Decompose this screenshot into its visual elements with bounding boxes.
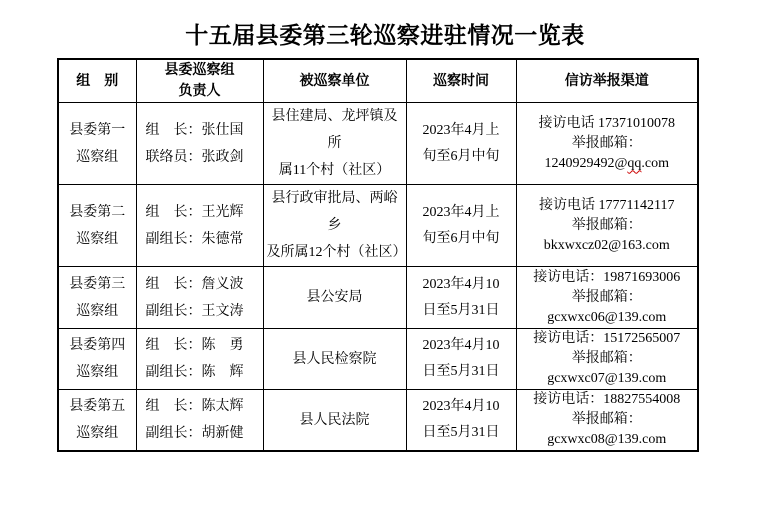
header-contact: 信访举报渠道 <box>516 59 698 103</box>
unit-cell: 县住建局、龙坪镇及所 属11个村（社区） <box>263 103 406 185</box>
page-title: 十五届县委第三轮巡察进驻情况一览表 <box>0 17 770 50</box>
time-cell: 2023年4月上 旬至6月中旬 <box>406 185 516 267</box>
table-row: 县委第一 巡察组 组 长：张仕国 联络员：张政剑 县住建局、龙坪镇及所 属11个… <box>58 103 698 185</box>
leaders-cell: 组 长：陈 勇 副组长：陈 辉 <box>136 329 263 390</box>
contact-email-label: 举报邮箱： <box>519 349 696 369</box>
leaders-cell: 组 长：詹义波 副组长：王文涛 <box>136 267 263 329</box>
time-cell: 2023年4月上 旬至6月中旬 <box>406 103 516 185</box>
group-cell: 县委第三 巡察组 <box>58 267 136 329</box>
contact-cell: 接访电话：19871693006 举报邮箱： gcxwxc06@139.com <box>516 267 698 329</box>
unit-cell: 县人民法院 <box>263 390 406 452</box>
table-row: 县委第四 巡察组 组 长：陈 勇 副组长：陈 辉 县人民检察院 2023年4月1… <box>58 329 698 390</box>
contact-email: gcxwxc07@139.com <box>519 369 696 389</box>
header-group: 组 别 <box>58 59 136 103</box>
table-row: 县委第二 巡察组 组 长：王光辉 副组长：朱德常 县行政审批局、两峪乡 及所属1… <box>58 185 698 267</box>
inspection-table: 组 别 县委巡察组 负责人 被巡察单位 巡察时间 信访举报渠道 县委第一 巡察组… <box>57 58 699 452</box>
header-leaders: 县委巡察组 负责人 <box>136 59 263 103</box>
contact-email-label: 举报邮箱： <box>519 410 696 430</box>
group-cell: 县委第二 巡察组 <box>58 185 136 267</box>
time-cell: 2023年4月10 日至5月31日 <box>406 267 516 329</box>
leaders-cell: 组 长：陈太辉 副组长：胡新健 <box>136 390 263 452</box>
leaders-cell: 组 长：王光辉 副组长：朱德常 <box>136 185 263 267</box>
contact-email: gcxwxc06@139.com <box>519 308 696 328</box>
group-cell: 县委第五 巡察组 <box>58 390 136 452</box>
contact-email-label: 举报邮箱： <box>519 216 696 236</box>
email-prefix: 1240929492@ <box>544 156 627 171</box>
contact-phone: 接访电话 17771142117 <box>519 196 696 216</box>
contact-email: gcxwxc08@139.com <box>519 430 696 450</box>
unit-cell: 县行政审批局、两峪乡 及所属12个村（社区） <box>263 185 406 267</box>
header-unit: 被巡察单位 <box>263 59 406 103</box>
leaders-cell: 组 长：张仕国 联络员：张政剑 <box>136 103 263 185</box>
contact-cell: 接访电话：18827554008 举报邮箱： gcxwxc08@139.com <box>516 390 698 452</box>
time-cell: 2023年4月10 日至5月31日 <box>406 329 516 390</box>
time-cell: 2023年4月10 日至5月31日 <box>406 390 516 452</box>
table-row: 县委第五 巡察组 组 长：陈太辉 副组长：胡新健 县人民法院 2023年4月10… <box>58 390 698 452</box>
contact-email: bkxwxcz02@163.com <box>519 236 696 256</box>
header-time: 巡察时间 <box>406 59 516 103</box>
contact-email: 1240929492@qq.com <box>519 154 696 174</box>
contact-cell: 接访电话：15172565007 举报邮箱： gcxwxc07@139.com <box>516 329 698 390</box>
unit-cell: 县人民检察院 <box>263 329 406 390</box>
group-cell: 县委第四 巡察组 <box>58 329 136 390</box>
contact-cell: 接访电话 17771142117 举报邮箱： bkxwxcz02@163.com <box>516 185 698 267</box>
unit-cell: 县公安局 <box>263 267 406 329</box>
contact-cell: 接访电话 17371010078 举报邮箱： 1240929492@qq.com <box>516 103 698 185</box>
contact-phone: 接访电话：15172565007 <box>519 329 696 349</box>
contact-email-label: 举报邮箱： <box>519 134 696 154</box>
contact-email-label: 举报邮箱： <box>519 288 696 308</box>
contact-phone: 接访电话：19871693006 <box>519 268 696 288</box>
contact-phone: 接访电话 17371010078 <box>519 114 696 134</box>
email-spellcheck-segment: qq <box>627 156 641 171</box>
table-row: 县委第三 巡察组 组 长：詹义波 副组长：王文涛 县公安局 2023年4月10 … <box>58 267 698 329</box>
email-suffix: .com <box>641 156 669 171</box>
contact-phone: 接访电话：18827554008 <box>519 390 696 410</box>
group-cell: 县委第一 巡察组 <box>58 103 136 185</box>
header-row: 组 别 县委巡察组 负责人 被巡察单位 巡察时间 信访举报渠道 <box>58 59 698 103</box>
